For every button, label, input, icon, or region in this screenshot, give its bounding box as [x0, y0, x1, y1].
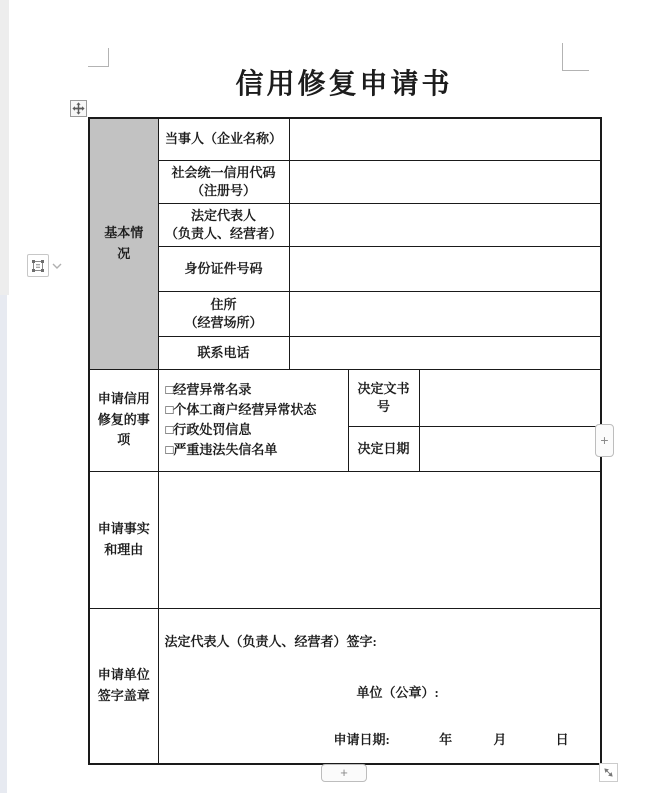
date-year-label: 年	[439, 732, 452, 747]
field-value-decision-date[interactable]	[419, 426, 601, 471]
field-value-legal-representative[interactable]	[289, 203, 601, 246]
field-label-address: 住所 （经营场所）	[158, 291, 289, 336]
repair-item-checkbox-list[interactable]: □经营异常名录 □个体工商户经营异常状态 □行政处罚信息 □严重违法失信名单	[158, 369, 348, 471]
signature-cell[interactable]: 法定代表人（负责人、经营者）签字: 单位（公章）: 申请日期: 年 月 日	[158, 608, 601, 764]
window-edge-strip-top	[0, 0, 9, 295]
field-value-facts-reasons[interactable]	[158, 471, 601, 608]
object-layout-button[interactable]	[27, 254, 49, 277]
section-label-signature-seal: 申请单位 签字盖章	[89, 608, 158, 764]
date-day-label: 日	[556, 732, 569, 747]
field-value-decision-doc-number[interactable]	[419, 369, 601, 426]
object-outline-icon	[30, 258, 46, 274]
signer-signature-line: 法定代表人（负责人、经营者）签字:	[165, 631, 377, 650]
chevron-down-icon[interactable]	[51, 259, 63, 273]
document-page: 信用修复申请书 基本情 况 当事人（企业名称	[0, 0, 653, 793]
window-edge-strip-bottom	[0, 295, 7, 793]
field-label-decision-date: 决定日期	[348, 426, 419, 471]
field-value-credit-code[interactable]	[289, 160, 601, 203]
field-label-id-number: 身份证件号码	[158, 246, 289, 291]
field-value-party-name[interactable]	[289, 118, 601, 160]
move-arrows-icon	[72, 102, 85, 115]
field-label-phone: 联系电话	[158, 336, 289, 369]
application-date-line: 申请日期: 年 月 日	[334, 729, 569, 748]
field-label-credit-code: 社会统一信用代码 （注册号）	[158, 160, 289, 203]
diagonal-resize-icon	[601, 765, 616, 780]
date-month-label: 月	[493, 732, 506, 747]
checkbox-item-admin-penalty[interactable]: □行政处罚信息	[166, 420, 348, 440]
page-title: 信用修复申请书	[88, 62, 600, 102]
section-label-repair-items: 申请信用 修复的事 项	[89, 369, 158, 471]
unit-seal-line: 单位（公章）:	[357, 682, 439, 701]
field-value-id-number[interactable]	[289, 246, 601, 291]
field-label-decision-doc-number: 决定文书 号	[348, 369, 419, 426]
field-label-legal-representative: 法定代表人 （负责人、经营者）	[158, 203, 289, 246]
checkbox-item-serious-violation[interactable]: □严重违法失信名单	[166, 440, 348, 460]
insert-column-button[interactable]: +	[595, 424, 614, 457]
section-label-basic-info: 基本情 况	[89, 118, 158, 369]
table-move-handle[interactable]	[70, 100, 87, 117]
date-label: 申请日期:	[334, 732, 390, 747]
checkbox-item-individual-abnormal[interactable]: □个体工商户经营异常状态	[166, 400, 348, 420]
field-label-party-name: 当事人（企业名称）	[158, 118, 289, 160]
section-label-facts-reasons: 申请事实 和理由	[89, 471, 158, 608]
field-value-address[interactable]	[289, 291, 601, 336]
checkbox-item-abnormal-list[interactable]: □经营异常名录	[166, 380, 348, 400]
insert-row-button[interactable]: +	[321, 764, 367, 782]
application-form-table: 基本情 况 当事人（企业名称） 社会统一信用代码 （注册号） 法定代表人 （负责…	[88, 117, 602, 765]
table-resize-handle[interactable]	[599, 763, 618, 782]
field-value-phone[interactable]	[289, 336, 601, 369]
